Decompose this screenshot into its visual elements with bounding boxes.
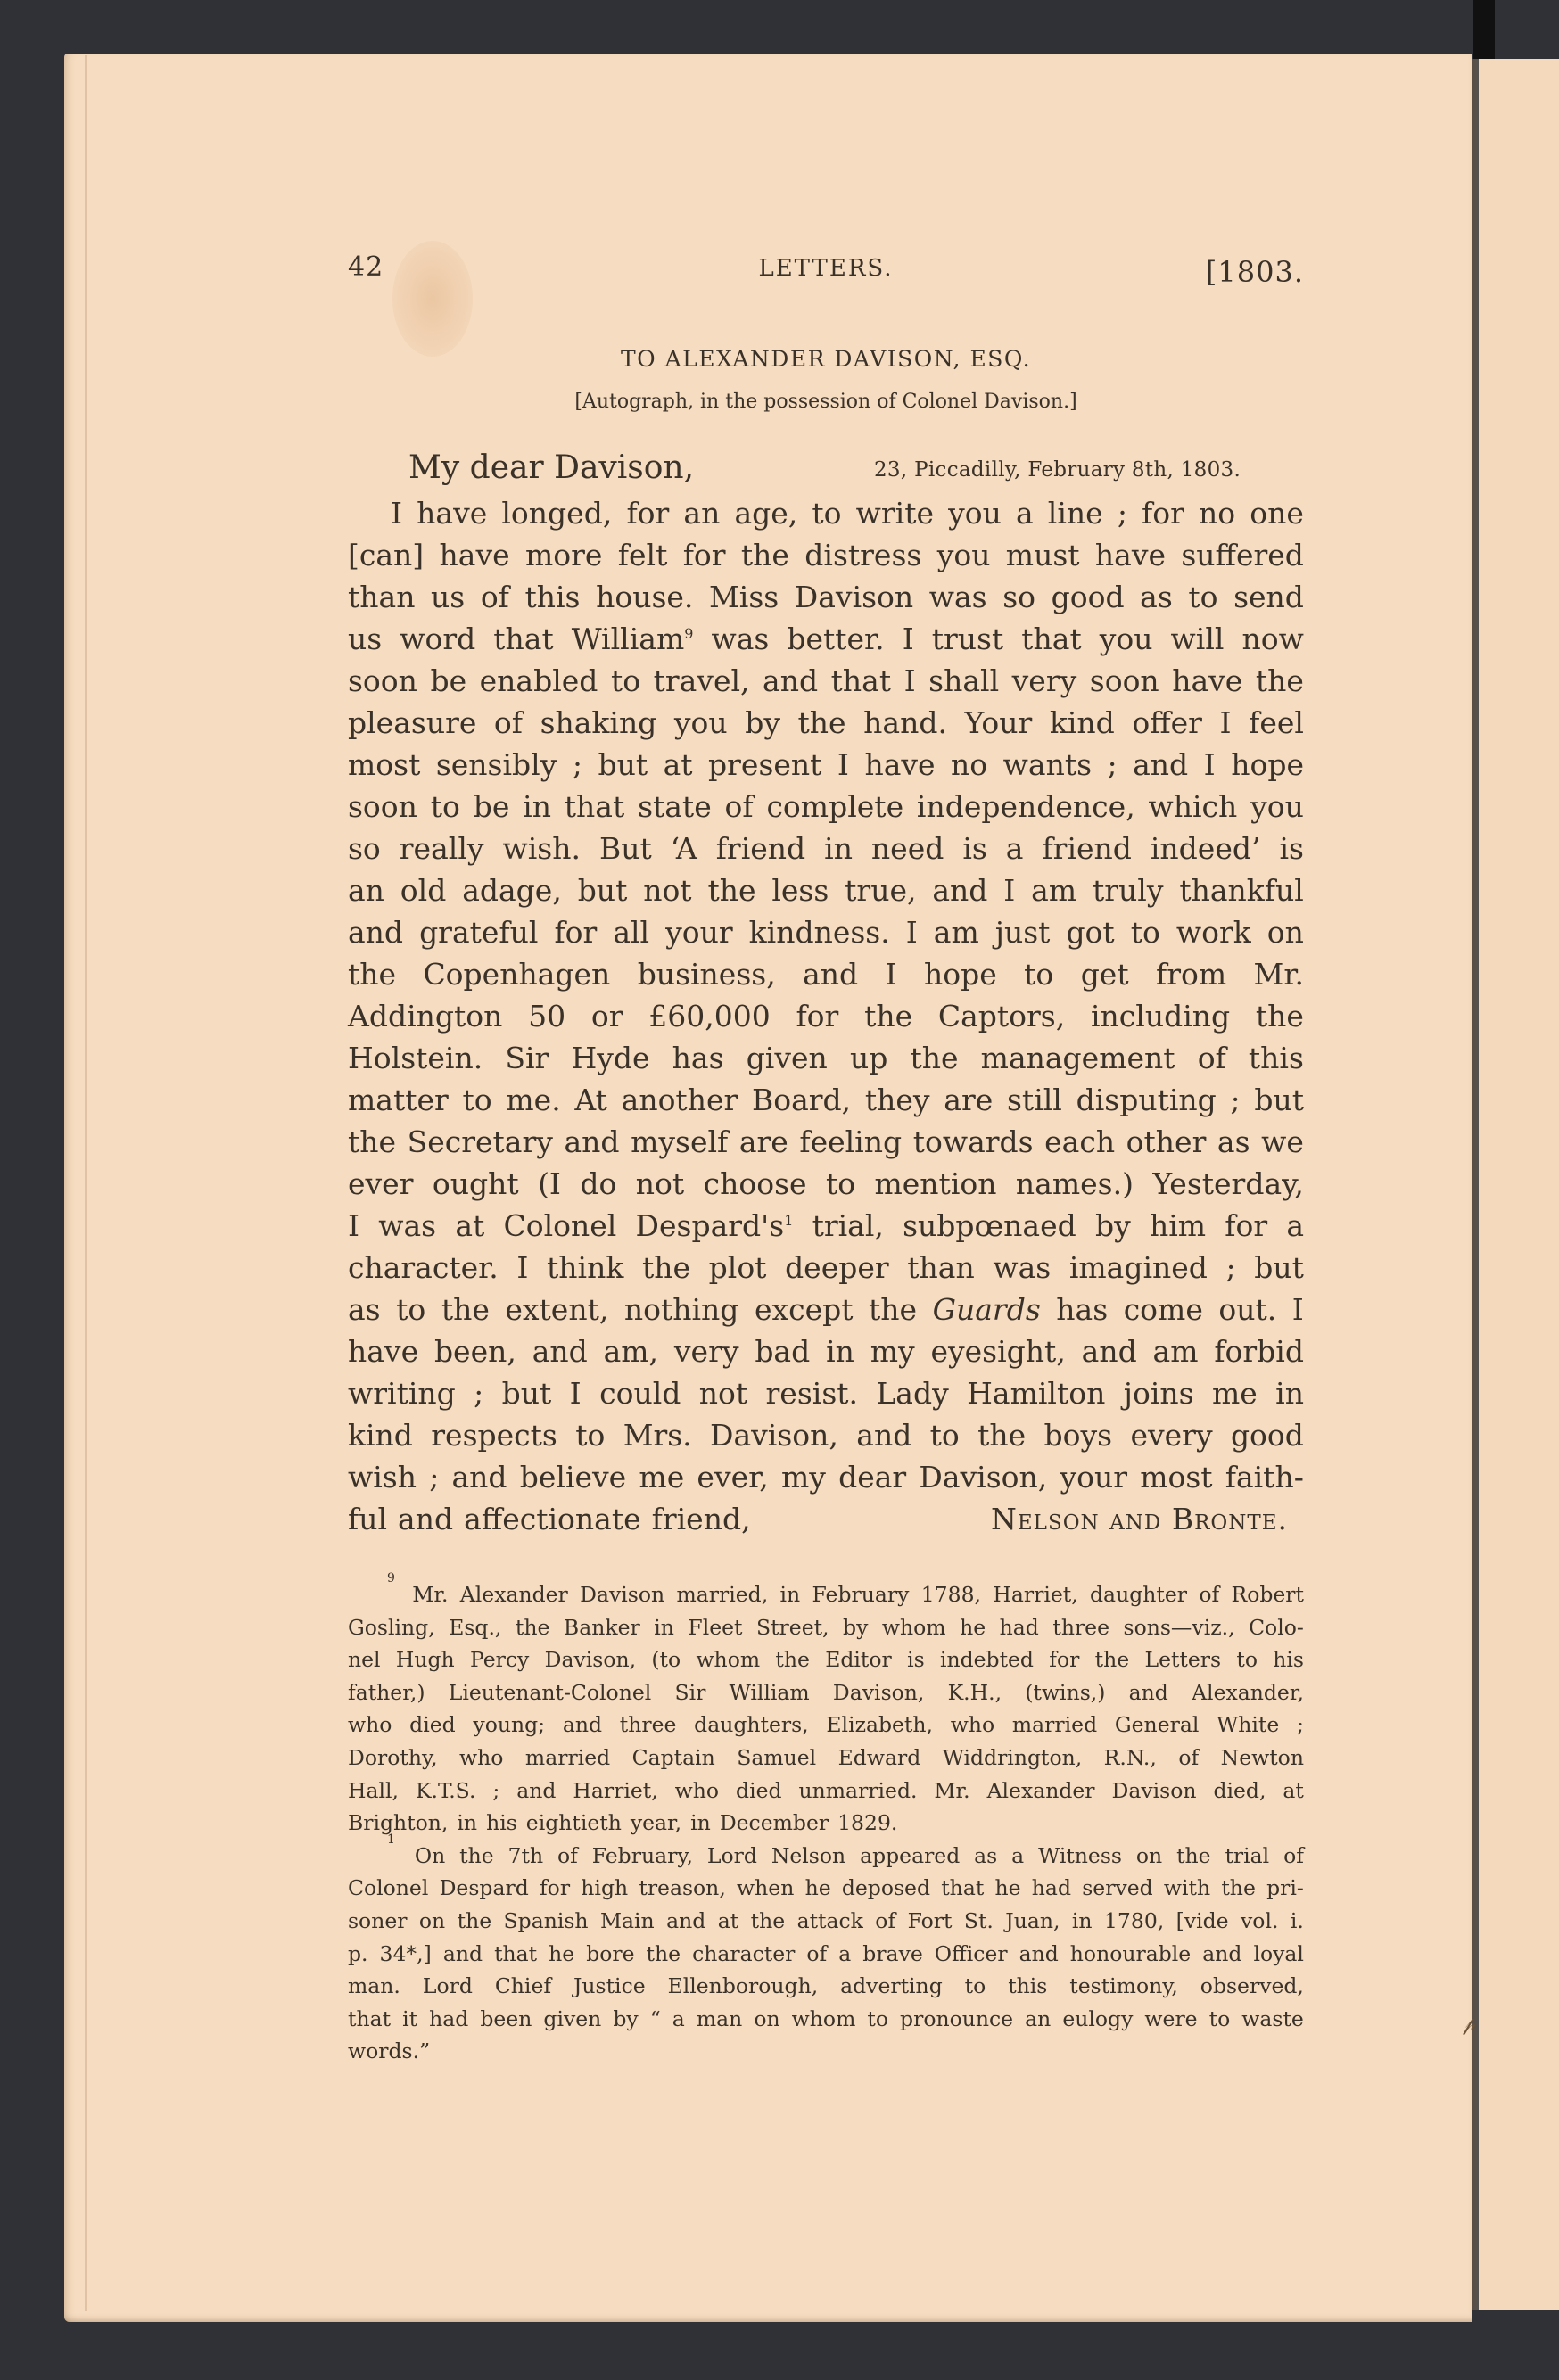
word: have <box>1172 660 1242 702</box>
word: £60,000 <box>648 995 770 1037</box>
word: to <box>1209 2003 1231 2036</box>
word: I <box>570 1372 582 1414</box>
footnote-reference: 9 <box>684 625 693 642</box>
word: Hyde <box>571 1037 649 1079</box>
word: kind <box>1050 702 1115 744</box>
word: adage, <box>462 869 562 911</box>
word: ; <box>1230 1079 1240 1121</box>
word: wish. <box>502 828 580 869</box>
word: extent, <box>505 1289 608 1330</box>
word: in <box>457 1807 477 1840</box>
word: this <box>1249 1037 1304 1079</box>
word: and <box>443 1938 483 1971</box>
letter-line: anoldadage,butnotthelesstrue,andIamtruly… <box>348 869 1304 911</box>
word: and <box>564 1121 619 1163</box>
word: me <box>639 1456 684 1498</box>
word: Hall, <box>348 1775 399 1808</box>
word: to <box>575 1414 605 1456</box>
word: Esq., <box>449 1611 501 1644</box>
word: to <box>1024 953 1053 995</box>
word: I <box>906 911 918 953</box>
word: married <box>525 1742 610 1775</box>
word: White <box>1217 1709 1279 1742</box>
word: Brighton, <box>348 1807 448 1840</box>
word: Sir <box>505 1037 549 1079</box>
word: are <box>944 1079 993 1121</box>
word: enabled <box>480 660 598 702</box>
word: another <box>622 1079 738 1121</box>
word: ; <box>1297 1709 1304 1742</box>
letter-line: wish;andbelievemeever,mydearDavison,your… <box>348 1456 1304 1498</box>
word: bad <box>755 1330 810 1372</box>
word: Lady <box>876 1372 948 1414</box>
word: so <box>1002 576 1035 618</box>
word: pleasure <box>348 702 476 744</box>
word: at <box>1283 1775 1303 1808</box>
word: at <box>664 744 693 786</box>
word: with <box>1164 1872 1210 1905</box>
word: Colo- <box>1249 1611 1304 1644</box>
word: is <box>1279 828 1304 869</box>
word: ful <box>348 1498 387 1540</box>
word: true, <box>845 869 916 911</box>
word: feeling <box>799 1121 902 1163</box>
word: a <box>838 1938 851 1971</box>
word: the <box>647 1938 681 1971</box>
word: plot <box>709 1247 767 1289</box>
word: [can] <box>348 534 424 576</box>
word: you <box>1100 618 1153 660</box>
word: feel <box>1249 702 1304 744</box>
word: by <box>745 702 780 744</box>
word: not <box>636 1163 684 1205</box>
word: am, <box>604 1330 658 1372</box>
word: K.T.S. <box>416 1775 475 1808</box>
word: the <box>741 534 789 576</box>
footnote-line: thatithadbeengivenby“amanonwhomtopronoun… <box>348 2003 1304 2036</box>
word: Letters <box>1144 1643 1221 1676</box>
word: had <box>429 2003 468 2036</box>
word: present <box>708 744 821 786</box>
word: Board, <box>752 1079 851 1121</box>
word: But <box>599 828 652 869</box>
word: Newton <box>1221 1742 1304 1775</box>
word: on <box>1267 911 1304 953</box>
letter-line: soontobeinthatstateofcompleteindependenc… <box>348 786 1304 828</box>
word: been <box>480 2003 532 2036</box>
word: high <box>581 1872 628 1905</box>
word: was <box>929 576 987 618</box>
letter-line: soreallywish.But‘Afriendinneedisafriendi… <box>348 828 1304 869</box>
letter-line: theCopenhagenbusiness,andIhopetogetfromM… <box>348 953 1304 995</box>
word: this <box>524 576 580 618</box>
word: has <box>672 1037 724 1079</box>
word: you <box>937 534 991 576</box>
word: hope <box>1231 744 1304 786</box>
word: ; <box>573 744 582 786</box>
word: for <box>683 534 726 576</box>
footnote-line: Gosling,Esq.,theBankerinFleetStreet,bywh… <box>348 1611 1304 1644</box>
footnote-line: sonerontheSpanishMainandattheattackofFor… <box>348 1905 1304 1938</box>
word: out. <box>1218 1289 1276 1330</box>
word: died <box>736 1775 782 1808</box>
word: soon <box>348 660 417 702</box>
word: loyal <box>1253 1938 1303 1971</box>
word: do <box>580 1163 616 1205</box>
word: who <box>675 1775 719 1808</box>
word: the <box>775 1643 810 1676</box>
word: waste <box>1241 2003 1304 2036</box>
word: the <box>707 869 755 911</box>
word: than <box>907 1247 974 1289</box>
word: on <box>1136 1840 1162 1873</box>
word: the <box>864 995 912 1037</box>
word: ought <box>433 1163 519 1205</box>
word: write <box>856 492 934 534</box>
word: think <box>547 1247 623 1289</box>
word: Mrs. <box>623 1414 692 1456</box>
word: to <box>826 1163 855 1205</box>
word: ever <box>348 1163 413 1205</box>
word: 1780, <box>1104 1905 1164 1938</box>
word: I <box>516 1247 528 1289</box>
footnote-marker: 1 <box>387 1840 395 1873</box>
word: in <box>780 1578 801 1611</box>
word: will <box>1171 618 1225 660</box>
word: Hugh <box>396 1643 455 1676</box>
word: Justice <box>573 1970 646 2003</box>
word: to <box>611 660 640 702</box>
word: Davison, <box>919 1456 1047 1498</box>
word: the <box>751 1905 786 1938</box>
word: for <box>1225 1205 1267 1247</box>
word: business, <box>638 953 776 995</box>
word: to <box>1236 1643 1258 1676</box>
word: for <box>1142 492 1184 534</box>
word: three <box>620 1709 677 1742</box>
word: to <box>867 2003 888 2036</box>
word: soon <box>1090 660 1159 702</box>
word: suffered <box>1181 534 1304 576</box>
footnote-line: 1Onthe7thofFebruary,LordNelsonappearedas… <box>348 1840 1304 1873</box>
word: of <box>1198 1037 1226 1079</box>
word: observed, <box>1200 1970 1304 2003</box>
word: the <box>348 953 396 995</box>
word: Mr. <box>934 1775 969 1808</box>
word: am <box>1031 869 1076 911</box>
word: in <box>1275 1372 1304 1414</box>
letter-line: kindrespectstoMrs.Davison,andtotheboysev… <box>348 1414 1304 1456</box>
footnote-line: ColonelDespardforhightreason,whenhedepos… <box>348 1872 1304 1905</box>
word: shaking <box>540 702 657 744</box>
word: whom <box>696 1643 760 1676</box>
word: of <box>494 702 523 744</box>
footnote-line: nelHughPercyDavison,(towhomtheEditorisin… <box>348 1643 1304 1676</box>
word: and <box>1019 1938 1059 1971</box>
word: when <box>737 1872 794 1905</box>
word: nel <box>348 1643 381 1676</box>
word: ; <box>492 1775 499 1808</box>
word: of <box>557 1840 578 1873</box>
word: now <box>1241 618 1303 660</box>
word: whom <box>882 1611 946 1644</box>
word: and <box>1129 1676 1168 1709</box>
word: year, <box>631 1807 681 1840</box>
letter-line: theSecretaryandmyselfarefeelingtowardsea… <box>348 1121 1304 1163</box>
word: On <box>415 1840 445 1873</box>
word: Juan, <box>1005 1905 1060 1938</box>
word: Chief <box>495 1970 551 2003</box>
word: General <box>1115 1709 1199 1742</box>
word: Widdrington, <box>943 1742 1082 1775</box>
word: served <box>1082 1872 1152 1905</box>
word: a <box>1286 1205 1304 1247</box>
word: had <box>1032 1872 1071 1905</box>
word: and <box>563 1709 602 1742</box>
word: Edward <box>838 1742 921 1775</box>
word: wish <box>348 1456 417 1498</box>
word: Mr. <box>412 1578 448 1611</box>
word: Officer <box>935 1938 1008 1971</box>
word: honourable <box>1070 1938 1191 1971</box>
word: the <box>869 1289 917 1330</box>
word: that <box>1021 618 1081 660</box>
word: to <box>396 1289 425 1330</box>
word: three <box>1052 1611 1109 1644</box>
word: Banker <box>564 1611 640 1644</box>
word: friend <box>716 828 805 869</box>
footnote-line: words.” <box>348 2035 1304 2068</box>
word: have <box>864 744 935 786</box>
footnote-marker: 9 <box>387 1578 395 1611</box>
word: respects <box>431 1414 557 1456</box>
letter-line: mostsensibly;butatpresentIhavenowants;an… <box>348 744 1304 786</box>
word: need <box>871 828 944 869</box>
word: the <box>910 1037 958 1079</box>
letter-line: character.Ithinktheplotdeeperthanwasimag… <box>348 1247 1304 1289</box>
word: for <box>1049 1643 1079 1676</box>
word: who <box>951 1709 994 1742</box>
word: Alexander <box>987 1775 1095 1808</box>
word: one <box>1250 492 1304 534</box>
word: Ellenborough, <box>668 1970 819 2003</box>
word: Samuel <box>737 1742 816 1775</box>
word: to <box>812 492 841 534</box>
word: not <box>699 1372 747 1414</box>
word: disputing <box>1076 1079 1217 1121</box>
word: your <box>665 911 733 953</box>
word: appeared <box>860 1840 960 1873</box>
word: every <box>1130 1414 1212 1456</box>
word: was <box>378 1205 436 1247</box>
word: in <box>1072 1905 1093 1938</box>
word: you <box>674 702 728 744</box>
word: Davison, <box>710 1414 838 1456</box>
word: (to <box>651 1643 681 1676</box>
word: Mr. <box>1254 953 1304 995</box>
word: age, <box>734 492 797 534</box>
word: 1788, <box>921 1578 981 1611</box>
word: attack <box>797 1905 863 1938</box>
word: hand. <box>863 702 947 744</box>
word: eulogy <box>1062 2003 1133 2036</box>
word: Captain <box>632 1742 715 1775</box>
word: been, <box>434 1330 516 1372</box>
word: word <box>400 618 475 660</box>
word: K.H., <box>948 1676 1002 1709</box>
word: this <box>1008 1970 1047 2003</box>
word: the <box>1256 995 1304 1037</box>
letter-line: writing;butIcouldnotresist.LadyHamiltonj… <box>348 1372 1304 1414</box>
footnote-line: Dorothy,whomarriedCaptainSamuelEdwardWid… <box>348 1742 1304 1775</box>
word: Miss <box>709 576 779 618</box>
word: (twins,) <box>1025 1676 1105 1709</box>
word: and <box>1133 744 1188 786</box>
word: Gosling, <box>348 1611 435 1644</box>
footnote-line: whodiedyoung;andthreedaughters,Elizabeth… <box>348 1709 1304 1742</box>
word: eyesight, <box>930 1330 1065 1372</box>
word: that <box>494 1938 537 1971</box>
word: I <box>1220 702 1232 744</box>
word: of <box>481 576 509 618</box>
word: Elizabeth, <box>826 1709 933 1742</box>
word: forbid <box>1214 1330 1304 1372</box>
footnote-line: 9Mr.AlexanderDavisonmarried,inFebruary17… <box>348 1578 1304 1611</box>
letter-line: [can]havemorefeltforthedistressyoumustha… <box>348 534 1304 576</box>
word: they <box>865 1079 930 1121</box>
word: William <box>730 1676 810 1709</box>
word: December <box>720 1807 829 1840</box>
word: of <box>875 1905 895 1938</box>
word: February, <box>592 1840 693 1873</box>
word: except <box>755 1289 854 1330</box>
word: me <box>1212 1372 1258 1414</box>
word: be <box>430 660 466 702</box>
word: of <box>1199 1578 1219 1611</box>
word: up <box>850 1037 887 1079</box>
word: choose <box>704 1163 807 1205</box>
word: mention <box>874 1163 996 1205</box>
word: the <box>1221 1872 1256 1905</box>
word: including <box>1091 995 1230 1037</box>
word: Hamilton <box>967 1372 1105 1414</box>
word: I <box>391 492 402 534</box>
word: Street, <box>756 1611 829 1644</box>
word: had <box>1000 1611 1039 1644</box>
word: house. <box>596 576 693 618</box>
word: sons—viz., <box>1124 1611 1235 1644</box>
word: really <box>400 828 484 869</box>
word: a <box>672 2003 685 2036</box>
word: better. <box>787 618 884 660</box>
word: the <box>977 1414 1026 1456</box>
word: a <box>1011 1840 1024 1873</box>
word: just <box>995 911 1051 953</box>
word: Colonel <box>348 1872 428 1905</box>
footnote-1: 1Onthe7thofFebruary,LordNelsonappearedas… <box>348 1840 1304 2068</box>
word: Dorothy, <box>348 1742 438 1775</box>
word: Harriet, <box>993 1578 1077 1611</box>
footnote-line: father,)Lieutenant-ColonelSirWilliamDavi… <box>348 1676 1304 1709</box>
word: and <box>532 1330 588 1372</box>
word: Alexander <box>460 1578 568 1611</box>
word: in <box>826 1330 854 1372</box>
word: more <box>525 534 602 576</box>
word: and <box>1202 1938 1241 1971</box>
word: he <box>960 1611 986 1644</box>
word: young; <box>473 1709 545 1742</box>
word: less <box>771 869 829 911</box>
word: by <box>1095 1205 1131 1247</box>
word: I <box>1003 869 1015 911</box>
word: management <box>981 1037 1175 1079</box>
word: joins <box>1124 1372 1194 1414</box>
word: an <box>1025 2003 1051 2036</box>
letter-body: Ihavelonged,foranage,towriteyoualine;for… <box>348 492 1304 1540</box>
word: imagined <box>1069 1247 1208 1289</box>
word: travel, <box>654 660 750 702</box>
word: words.” <box>348 2035 430 2068</box>
word: have <box>440 534 510 576</box>
word: myself <box>631 1121 728 1163</box>
word: on <box>754 2003 779 2036</box>
word: died, <box>1213 1775 1266 1808</box>
word: brave <box>862 1938 922 1971</box>
word: married, <box>676 1578 768 1611</box>
word: writing <box>348 1372 456 1414</box>
word: for <box>540 1872 570 1905</box>
word: Davison <box>580 1578 664 1611</box>
word: 7th <box>508 1840 544 1873</box>
word: us <box>431 576 465 618</box>
word: as <box>348 1289 381 1330</box>
word: but <box>1254 1079 1304 1121</box>
word: Alexander, <box>1192 1676 1304 1709</box>
word: me. <box>506 1079 560 1121</box>
word: Copenhagen <box>423 953 610 995</box>
letter-line: havebeen,andam,verybadinmyeyesight,andam… <box>348 1330 1304 1372</box>
word: subpœnaed <box>903 1205 1076 1247</box>
word: most <box>1140 1456 1212 1498</box>
word: to <box>431 786 460 828</box>
word: Captors, <box>938 995 1065 1037</box>
word: complete <box>766 786 903 828</box>
word: no <box>951 744 987 786</box>
word: I <box>886 953 897 995</box>
word: pronounce <box>900 2003 1013 2036</box>
word: must <box>1006 534 1080 576</box>
footnote-line: p.34*,]andthatheborethecharacterofabrave… <box>348 1938 1304 1971</box>
word: have <box>1095 534 1166 576</box>
section-title: LETTERS. <box>348 255 1304 282</box>
word: from <box>1156 953 1226 995</box>
word: get <box>1081 953 1129 995</box>
word: Davison <box>795 576 913 618</box>
word: but <box>598 744 648 786</box>
word: boys <box>1044 1414 1113 1456</box>
word: and <box>856 1414 911 1456</box>
word: given <box>543 2003 601 2036</box>
word: good <box>1052 576 1125 618</box>
word: Colonel <box>503 1205 616 1247</box>
word: the <box>459 1840 494 1873</box>
word: treason, <box>639 1872 725 1905</box>
word: p. <box>348 1938 368 1971</box>
word: am <box>934 911 979 953</box>
footnotes: 9Mr.AlexanderDavisonmarried,inFebruary17… <box>348 1578 1304 2068</box>
word: Harriet, <box>573 1775 657 1808</box>
word: daughter <box>1090 1578 1187 1611</box>
